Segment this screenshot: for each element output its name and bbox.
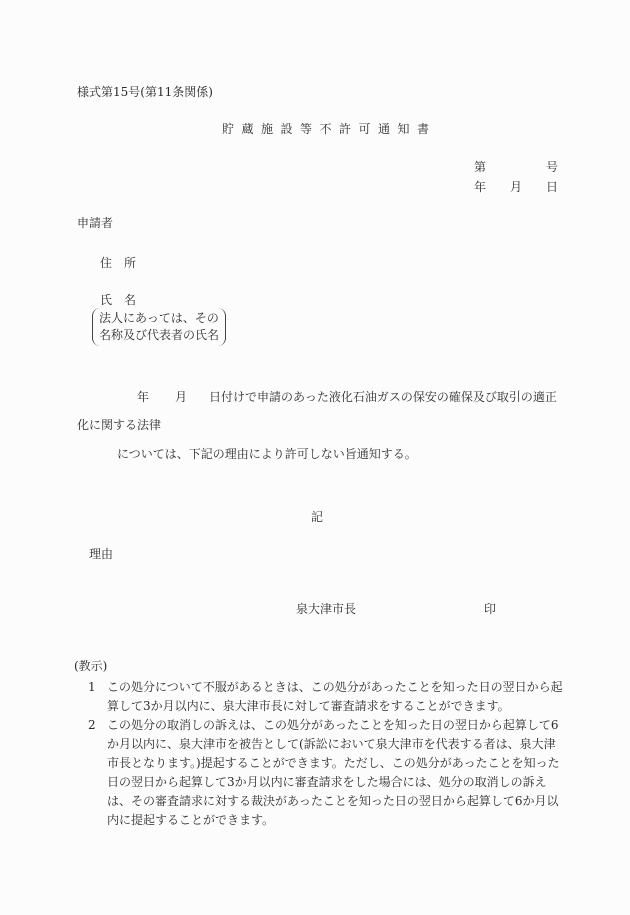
instruction-number: 1 (88, 678, 96, 697)
body-line-2: 化に関する法律 (77, 418, 161, 432)
instructions-heading: (教示) (74, 659, 107, 673)
number-prefix: 第 (474, 160, 486, 174)
corporate-note: 法人にあっては、その 名称及び代表者の氏名 (92, 308, 226, 346)
corporate-note-line2: 名称及び代表者の氏名 (99, 327, 219, 344)
reference-date: 年 月 日 (474, 180, 558, 194)
instructions-list: 1 この処分について不服があるときは、この処分があったことを知った日の翌日から起… (88, 678, 563, 830)
form-number: 様式第15号(第11条関係) (77, 85, 213, 99)
body-month: 月 (175, 390, 187, 404)
body-year: 年 (137, 390, 149, 404)
date-month: 月 (510, 180, 522, 194)
instruction-text: この処分の取消しの訴えは、この処分があったことを知った日の翌日から起算して6か月… (107, 716, 563, 830)
body-line-3: については、下記の理由により許可しない旨通知する。 (117, 447, 417, 461)
reference-number: 第 号 (474, 160, 558, 174)
date-day: 日 (546, 180, 558, 194)
document-title: 貯蔵施設等不許可通知書 (222, 122, 437, 136)
instruction-number: 2 (88, 716, 96, 735)
corporate-note-line1: 法人にあっては、その (99, 310, 219, 327)
applicant-label: 申請者 (77, 216, 113, 230)
issuer-name: 泉大津市長 (296, 602, 356, 616)
name-label: 氏名 (100, 293, 148, 307)
number-suffix: 号 (546, 160, 558, 174)
instruction-text: この処分について不服があるときは、この処分があったことを知った日の翌日から起算し… (107, 678, 563, 716)
instruction-item: 2 この処分の取消しの訴えは、この処分があったことを知った日の翌日から起算して6… (88, 716, 563, 830)
instruction-item: 1 この処分について不服があるときは、この処分があったことを知った日の翌日から起… (88, 678, 563, 716)
address-label: 住所 (100, 256, 148, 270)
body-line1-text: 日付けで申請のあった液化石油ガスの保安の確保及び取引の適正 (209, 390, 557, 404)
reason-label: 理由 (89, 547, 113, 561)
record-label: 記 (311, 510, 323, 524)
date-year: 年 (474, 180, 486, 194)
seal-mark: 印 (484, 602, 496, 616)
